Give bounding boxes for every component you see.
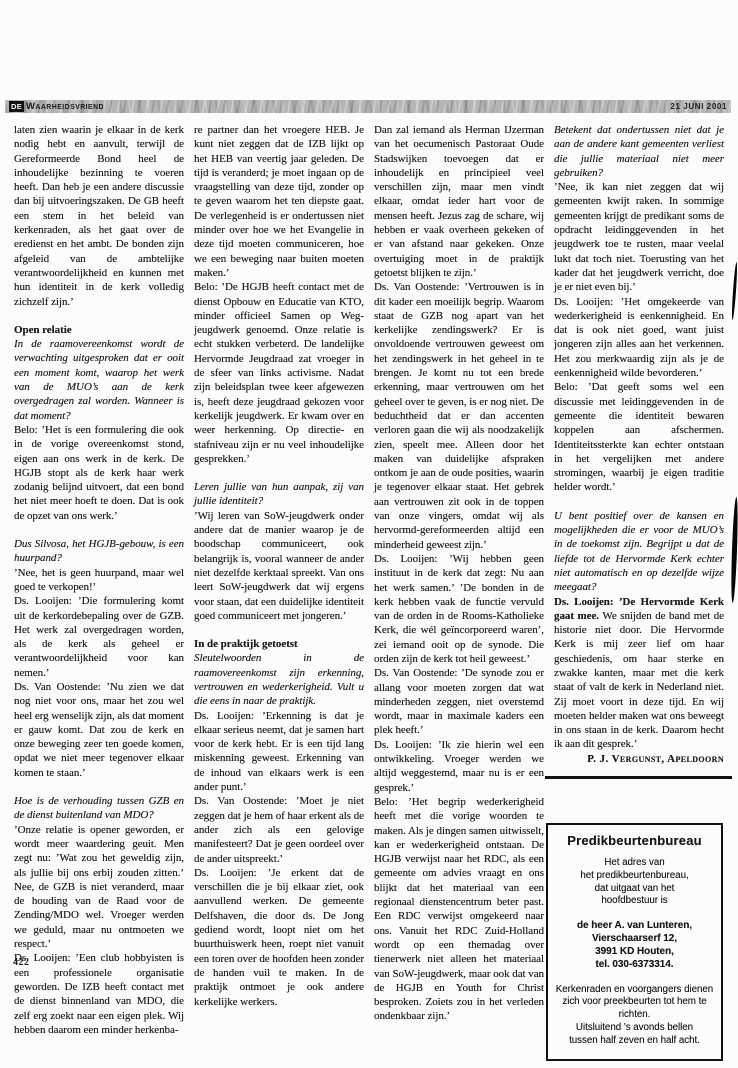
body-paragraph: Belo: ’Het is een formulering die ook in… [14,423,184,523]
issue-date: 21 JUNI 2001 [670,102,727,111]
body-paragraph: Belo: ’De HGJB heeft contact met de dien… [194,280,364,466]
masthead-logo: DE Waarheidsvriend [9,101,104,112]
ad-note: Kerkenraden en voorgangers dienen zich v… [555,984,714,1022]
body-paragraph: ’Nee, ik kan niet zeggen dat wij gemeent… [554,180,724,294]
body-paragraph: laten zien waarin je elkaar in de kerk n… [14,123,184,309]
interview-question: Leren jullie van hun aanpak, zij van jul… [194,480,364,509]
article-column-4-text: Betekent dat ondertussen niet dat je aan… [554,123,724,766]
interview-question: Dus Silvosa, het HGJB-gebouw, is een huu… [14,537,184,566]
body-paragraph: Ds. Van Oostende: ’Nu zien we dat nog ni… [14,680,184,780]
ad-title: Predikbeurtenbureau [555,834,714,848]
ad-text-line: de heer A. van Lunteren, [555,919,714,932]
body-paragraph: ’Nee, het is geen huurpand, maar wel goe… [14,566,184,595]
ad-text-line: hoofdbestuur is [555,895,714,908]
ad-text-line: 3991 KD Houten, [555,945,714,958]
interview-question: Hoe is de verhouding tussen GZB en de di… [14,794,184,823]
masthead-title: Waarheidsvriend [26,101,104,112]
article-columns: laten zien waarin je elkaar in de kerk n… [14,123,724,1061]
section-heading: In de praktijk getoetst [194,637,364,651]
scan-artifact-top [731,262,738,320]
body-paragraph: re partner dan het vroegere HEB. Je kunt… [194,123,364,280]
article-column-4: Betekent dat ondertussen niet dat je aan… [554,123,724,1061]
ad-text-line: Het adres van [555,857,714,870]
body-paragraph: Ds. Looijen: ’Wij hebben geen instituut … [374,552,544,666]
body-paragraph: Ds. Looijen: ’Erkenning is dat je elkaar… [194,709,364,795]
ad-note2: Uitsluitend ’s avonds bellentussen half … [555,1022,714,1047]
masthead-de-box: DE [9,101,24,112]
body-paragraph: Belo: ’Het begrip wederkerigheid heeft m… [374,795,544,1024]
body-paragraph: Ds. Looijen: ’Het omgekeerde van wederke… [554,295,724,381]
masthead-bar: DE Waarheidsvriend 21 JUNI 2001 [5,100,731,113]
interview-question: Sleutelwoorden in de raamovereenkomst zi… [194,651,364,708]
article-end-rule [545,776,732,779]
ad-text-line: Vierschaarserf 12, [555,932,714,945]
body-paragraph: Ds. Van Oostende: ’Vertrouwen is in dit … [374,280,544,552]
ad-predikbeurtenbureau: Predikbeurtenbureau Het adres vanhet pre… [546,823,723,1060]
interview-question: U bent positief over de kansen en mogeli… [554,509,724,595]
newspaper-page: DE Waarheidsvriend 21 JUNI 2001 laten zi… [0,0,738,1068]
body-paragraph: Ds. Van Oostende: ’Moet je niet zeggen d… [194,794,364,865]
ad-text-line: Uitsluitend ’s avonds bellen [555,1022,714,1035]
section-heading: Open relatie [14,323,184,337]
body-paragraph: Ds. Looijen: ’De Hervormde Kerk gaat mee… [554,595,724,752]
ad-text-line: tel. 030-6373314. [555,958,714,971]
ad-contact: de heer A. van Lunteren,Vierschaarserf 1… [555,919,714,972]
interview-question: Betekent dat ondertussen niet dat je aan… [554,123,724,180]
body-paragraph: Ds. Van Oostende: ’De synode zou er alla… [374,666,544,737]
body-paragraph: Ds. Looijen: ’Je erkent dat de verschill… [194,866,364,1009]
article-column-1: laten zien waarin je elkaar in de kerk n… [14,123,184,1061]
ad-text-line: het predikbeurtenbureau, [555,870,714,883]
article-column-3: Dan zal iemand als Herman IJzerman van h… [374,123,544,1061]
ad-text-line: tussen half zeven en half acht. [555,1035,714,1048]
body-paragraph: ’Onze relatie is opener geworden, er wor… [14,823,184,952]
article-column-2: re partner dan het vroegere HEB. Je kunt… [194,123,364,1061]
body-paragraph: Belo: ’Dat geeft soms wel een discussie … [554,380,724,494]
scan-artifact-bottom [730,497,738,603]
ad-text-line: dat uitgaat van het [555,883,714,896]
body-paragraph: ’Wij leren van SoW-jeugdwerk onder ander… [194,509,364,623]
body-paragraph: Ds. Looijen: ’Een club hobbyisten is een… [14,951,184,1037]
body-paragraph: Ds. Looijen: ’Die formulering komt uit d… [14,594,184,680]
interview-question: In de raamovereenkomst wordt de verwacht… [14,337,184,423]
ad-intro: Het adres vanhet predikbeurtenbureau,dat… [555,857,714,907]
page-number: 422 [13,958,30,968]
body-paragraph: Dan zal iemand als Herman IJzerman van h… [374,123,544,280]
author-byline: P. J. Vergunst, Apeldoorn [554,752,724,766]
body-paragraph: Ds. Looijen: ’Ik zie hierin wel een ontw… [374,738,544,795]
